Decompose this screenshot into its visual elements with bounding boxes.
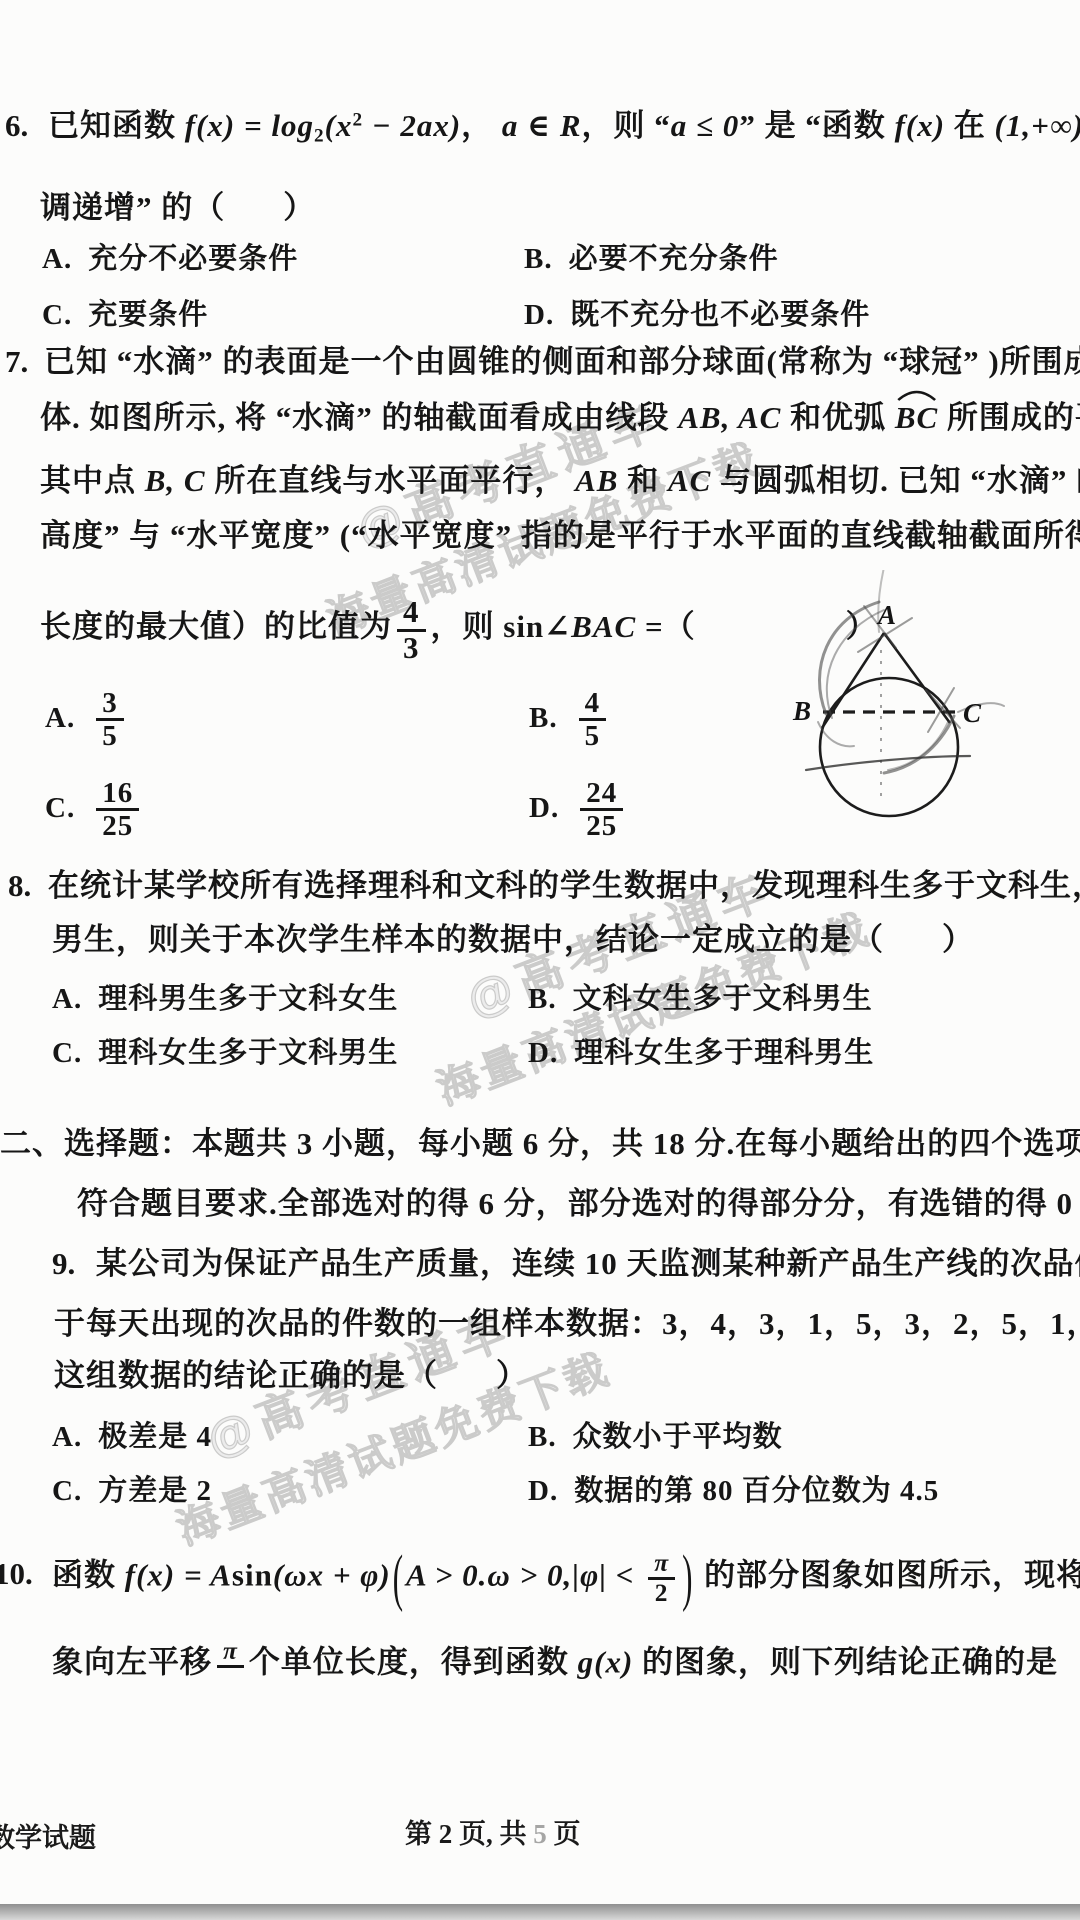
q6-option-d: D.既不充分也不必要条件: [524, 292, 870, 333]
q7-option-d: D.2425: [529, 778, 628, 842]
q8-number: 8.: [8, 868, 31, 904]
q9-line1: 某公司为保证产品生产质量，连续 10 天监测某种新产品生产线的次品件数，得到关: [96, 1246, 1080, 1282]
big-paren-close: ): [680, 1542, 695, 1615]
label-B: B: [792, 696, 811, 726]
q9-option-a: A.极差是 4: [52, 1414, 212, 1455]
q7-line3: 其中点 B, C 所在直线与水平面平行， AB 和 AC 与圆弧相切. 已知 “…: [40, 463, 1080, 499]
footer-page-indicator: 第 2 页, 共 5 页: [405, 1812, 581, 1851]
q8-option-b: B.文科女生多于文科男生: [528, 976, 873, 1017]
q6-option-a: A.充分不必要条件: [42, 236, 298, 277]
q6-line1: 已知函数 f(x) = log2(x2 − 2ax)， a ∈ R，则 “a ≤…: [48, 108, 1080, 147]
q9-option-b: B.众数小于平均数: [528, 1414, 783, 1455]
q9-line3: 这组数据的结论正确的是（）: [54, 1358, 528, 1394]
q10-line2: 象向左平移π个单位长度，得到函数 g(x) 的图象，则下列结论正确的是）: [52, 1638, 1080, 1693]
fraction-pi: π: [217, 1638, 244, 1693]
q8-option-d: D.理科女生多于理科男生: [528, 1030, 874, 1071]
q6-number: 6.: [5, 108, 28, 144]
big-paren-open: (: [391, 1542, 406, 1615]
q7-line5: 长度的最大值）的比值为43，则 sin∠BAC =（）: [40, 596, 878, 664]
photo-edge-strip: [0, 1904, 1080, 1920]
q8-line1: 在统计某学校所有选择理科和文科的学生数据中，发现理科生多于文科生，女生多于: [48, 868, 1080, 904]
q7-line1: 已知 “水滴” 的表面是一个由圆锥的侧面和部分球面(常称为 “球冠” )所围成的…: [44, 344, 1080, 380]
label-C: C: [963, 698, 982, 728]
q6-line2: 调递增” 的（）: [40, 190, 315, 226]
q7-option-a: A.35: [45, 688, 129, 752]
q7-number: 7.: [5, 344, 28, 380]
q9-option-d: D.数据的第 80 百分位数为 4.5: [528, 1468, 939, 1509]
q9-option-c: C.方差是 2: [52, 1468, 212, 1509]
q9-line2: 于每天出现的次品的件数的一组样本数据：3，4，3，1，5，3，2，5，1，3. …: [54, 1306, 1080, 1342]
water-drop-figure: A B C: [775, 570, 1030, 850]
exam-paper-page: @高考直通车 海量高清试题免费下载 @高考直通车 海量高清试题免费下载 @高考直…: [0, 0, 1080, 1920]
label-A: A: [876, 600, 896, 630]
arc-over-BC: BC: [895, 400, 938, 436]
section2-header-line2: 符合题目要求.全部选对的得 6 分，部分选对的得部分分，有选错的得 0 分.: [77, 1186, 1080, 1222]
section2-header-line1: 二、选择题：本题共 3 小题，每小题 6 分，共 18 分.在每小题给出的四个选…: [0, 1126, 1080, 1162]
q8-option-c: C.理科女生多于文科男生: [52, 1030, 398, 1071]
q7-option-b: B.45: [529, 688, 611, 752]
q7-option-c: C.1625: [45, 778, 144, 842]
q10-line1: 函数 f(x) = Asin(ωx + φ)(A > 0.ω > 0,|φ| <…: [52, 1550, 1080, 1606]
fraction-4-3: 43: [397, 596, 426, 664]
q8-line2: 男生，则关于本次学生样本的数据中，结论一定成立的是（）: [52, 922, 974, 958]
fraction-pi-2: π2: [648, 1550, 675, 1606]
q6-option-c: C.充要条件: [42, 292, 208, 333]
footer-doc-title: 数学试题: [0, 1816, 96, 1855]
q6-option-b: B.必要不充分条件: [524, 236, 779, 277]
q7-line2: 体. 如图所示, 将 “水滴” 的轴截面看成由线段 AB, AC 和优弧 BC …: [40, 400, 1080, 436]
q10-number: 10.: [0, 1556, 33, 1592]
q8-option-a: A.理科男生多于文科女生: [52, 976, 398, 1017]
q9-number: 9.: [52, 1246, 75, 1282]
q7-line4: 高度” 与 “水平宽度” (“水平宽度” 指的是平行于水平面的直线截轴截面所得线…: [40, 518, 1080, 554]
